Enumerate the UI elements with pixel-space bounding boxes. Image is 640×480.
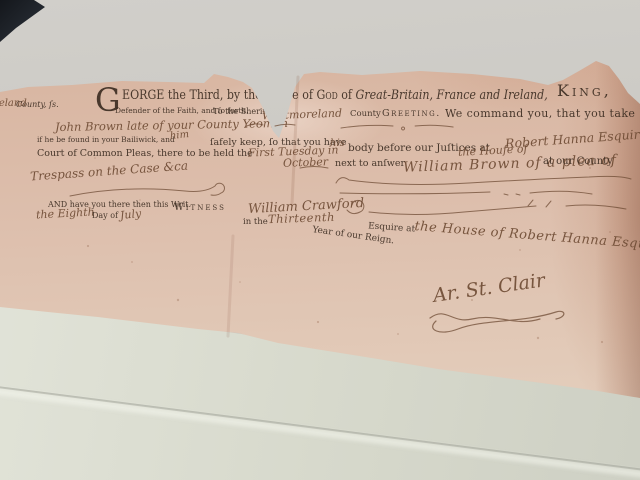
- line-day-of: Day of: [92, 212, 118, 220]
- line-bailiwick: if he be found in your Bailiwick, and: [37, 136, 175, 144]
- hw-trespass-cause: Trespass on the Case &ca: [30, 159, 189, 182]
- line-to-sheriff: To the Sheriff of: [213, 108, 278, 116]
- hw-westmoreland: Westmoreland: [262, 108, 342, 122]
- signature-st-clair: Ar. St. Clair: [432, 271, 546, 305]
- photo-of-writ-document: Westmoreland County, ſs. G EORGE the Thi…: [0, 0, 640, 480]
- dark-object-corner: [0, 0, 50, 46]
- title-seg-god: God: [317, 88, 338, 103]
- margin-county-label: County, ſs.: [16, 101, 59, 109]
- title-seg-george: EORGE the Third, by the Grace of: [122, 88, 317, 103]
- hw-july: July: [119, 208, 141, 221]
- title-line: EORGE the Third, by the Grace of God of …: [122, 89, 548, 102]
- title-king: King,: [557, 83, 612, 99]
- line-in-the: in the: [243, 218, 268, 227]
- line-next-answer: next to anſwer: [335, 159, 405, 169]
- line-common-pleas: Court of Common Pleas, there to be held …: [37, 149, 253, 159]
- line-at-our-county: at our County: [543, 157, 613, 167]
- line-greeting: Greeting.: [382, 109, 441, 119]
- title-seg-realms: Great-Britain, France and Ireland,: [356, 88, 548, 103]
- hw-robert-hanna: Robert Hanna Esquire: [505, 128, 640, 150]
- witness-label: Witness: [174, 203, 226, 213]
- line-county-word: County: [350, 110, 381, 119]
- hw-him: him: [170, 130, 190, 142]
- hw-the-eighth: the Eighth: [36, 206, 95, 220]
- title-seg-of: of: [338, 88, 356, 103]
- hw-thirteenth: Thirteenth: [268, 212, 335, 226]
- hw-october: October: [283, 156, 328, 169]
- hw-house-robert-hanna: the House of Robert Hanna Esquire: [414, 220, 640, 253]
- backing-sheet-edge-highlight: [0, 388, 640, 478]
- line-we-command: We command you, that you take: [445, 108, 635, 119]
